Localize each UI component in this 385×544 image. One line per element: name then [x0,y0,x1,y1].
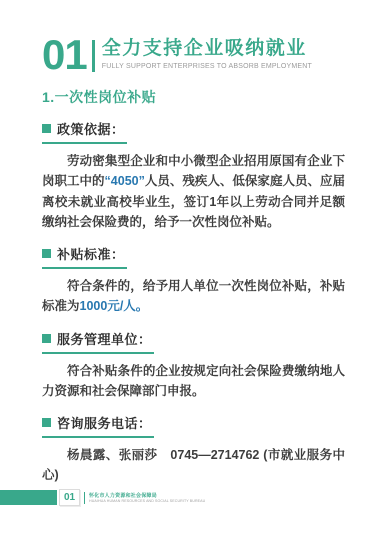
square-bullet-icon [42,418,51,427]
section-body: 劳动密集型企业和中小微型企业招用原国有企业下岗职工中的“4050”人员、残疾人、… [42,151,345,232]
section-subsidy-standard: 补贴标准： 符合条件的，给予用人单位一次性岗位补贴，补贴标准为1000元/人。 [42,244,345,317]
footer-accent-bar [0,490,57,505]
chapter-number: 01 [42,36,87,74]
chapter-subtitle: FULLY SUPPORT ENTERPRISES TO ABSORB EMPL… [102,63,312,70]
page-footer: 01 怀化市人力资源和社会保障局 HUAIHUA HUMAN RESOURCES… [0,487,385,508]
footer-divider [84,492,85,504]
body-highlight: “4050” [105,174,145,188]
section-consultation-phone: 咨询服务电话： 杨晨露、张丽莎 0745—2714762 (市就业服务中心) [42,413,345,486]
square-bullet-icon [42,334,51,343]
square-bullet-icon [42,249,51,258]
footer-org-name-cn: 怀化市人力资源和社会保障局 [89,492,205,499]
section-heading: 咨询服务电话： [42,413,154,438]
footer-organization: 怀化市人力资源和社会保障局 HUAIHUA HUMAN RESOURCES AN… [89,492,205,504]
chapter-divider [92,40,95,72]
section-heading-text: 补贴标准： [57,244,125,263]
body-text: 杨晨露、张丽莎 0745—2714762 (市就业服务中心) [42,448,345,482]
article-title: 1.一次性岗位补贴 [42,87,345,107]
footer-org-name-en: HUAIHUA HUMAN RESOURCES AND SOCIAL SECUR… [89,499,205,503]
section-heading-text: 政策依据： [57,119,125,138]
section-body: 符合补贴条件的企业按规定向社会保险费缴纳地人力资源和社会保障部门申报。 [42,361,345,402]
section-heading: 服务管理单位： [42,329,154,354]
section-body: 符合条件的，给予用人单位一次性岗位补贴，补贴标准为1000元/人。 [42,276,345,317]
section-heading: 政策依据： [42,119,127,144]
chapter-header: 01 全力支持企业吸纳就业 FULLY SUPPORT ENTERPRISES … [42,36,345,74]
chapter-titles: 全力支持企业吸纳就业 FULLY SUPPORT ENTERPRISES TO … [102,36,312,70]
section-policy-basis: 政策依据： 劳动密集型企业和中小微型企业招用原国有企业下岗职工中的“4050”人… [42,119,345,232]
section-heading: 补贴标准： [42,244,127,269]
section-heading-text: 服务管理单位： [57,329,152,348]
policy-page: 01 全力支持企业吸纳就业 FULLY SUPPORT ENTERPRISES … [0,0,385,486]
section-body: 杨晨露、张丽莎 0745—2714762 (市就业服务中心) [42,445,345,486]
chapter-title: 全力支持企业吸纳就业 [102,38,312,60]
body-highlight: 1000元/人。 [80,299,149,313]
page-number-badge: 01 [59,489,80,506]
section-heading-text: 咨询服务电话： [57,413,152,432]
body-text: 符合补贴条件的企业按规定向社会保险费缴纳地人力资源和社会保障部门申报。 [42,364,345,398]
square-bullet-icon [42,124,51,133]
section-service-management-unit: 服务管理单位： 符合补贴条件的企业按规定向社会保险费缴纳地人力资源和社会保障部门… [42,329,345,402]
